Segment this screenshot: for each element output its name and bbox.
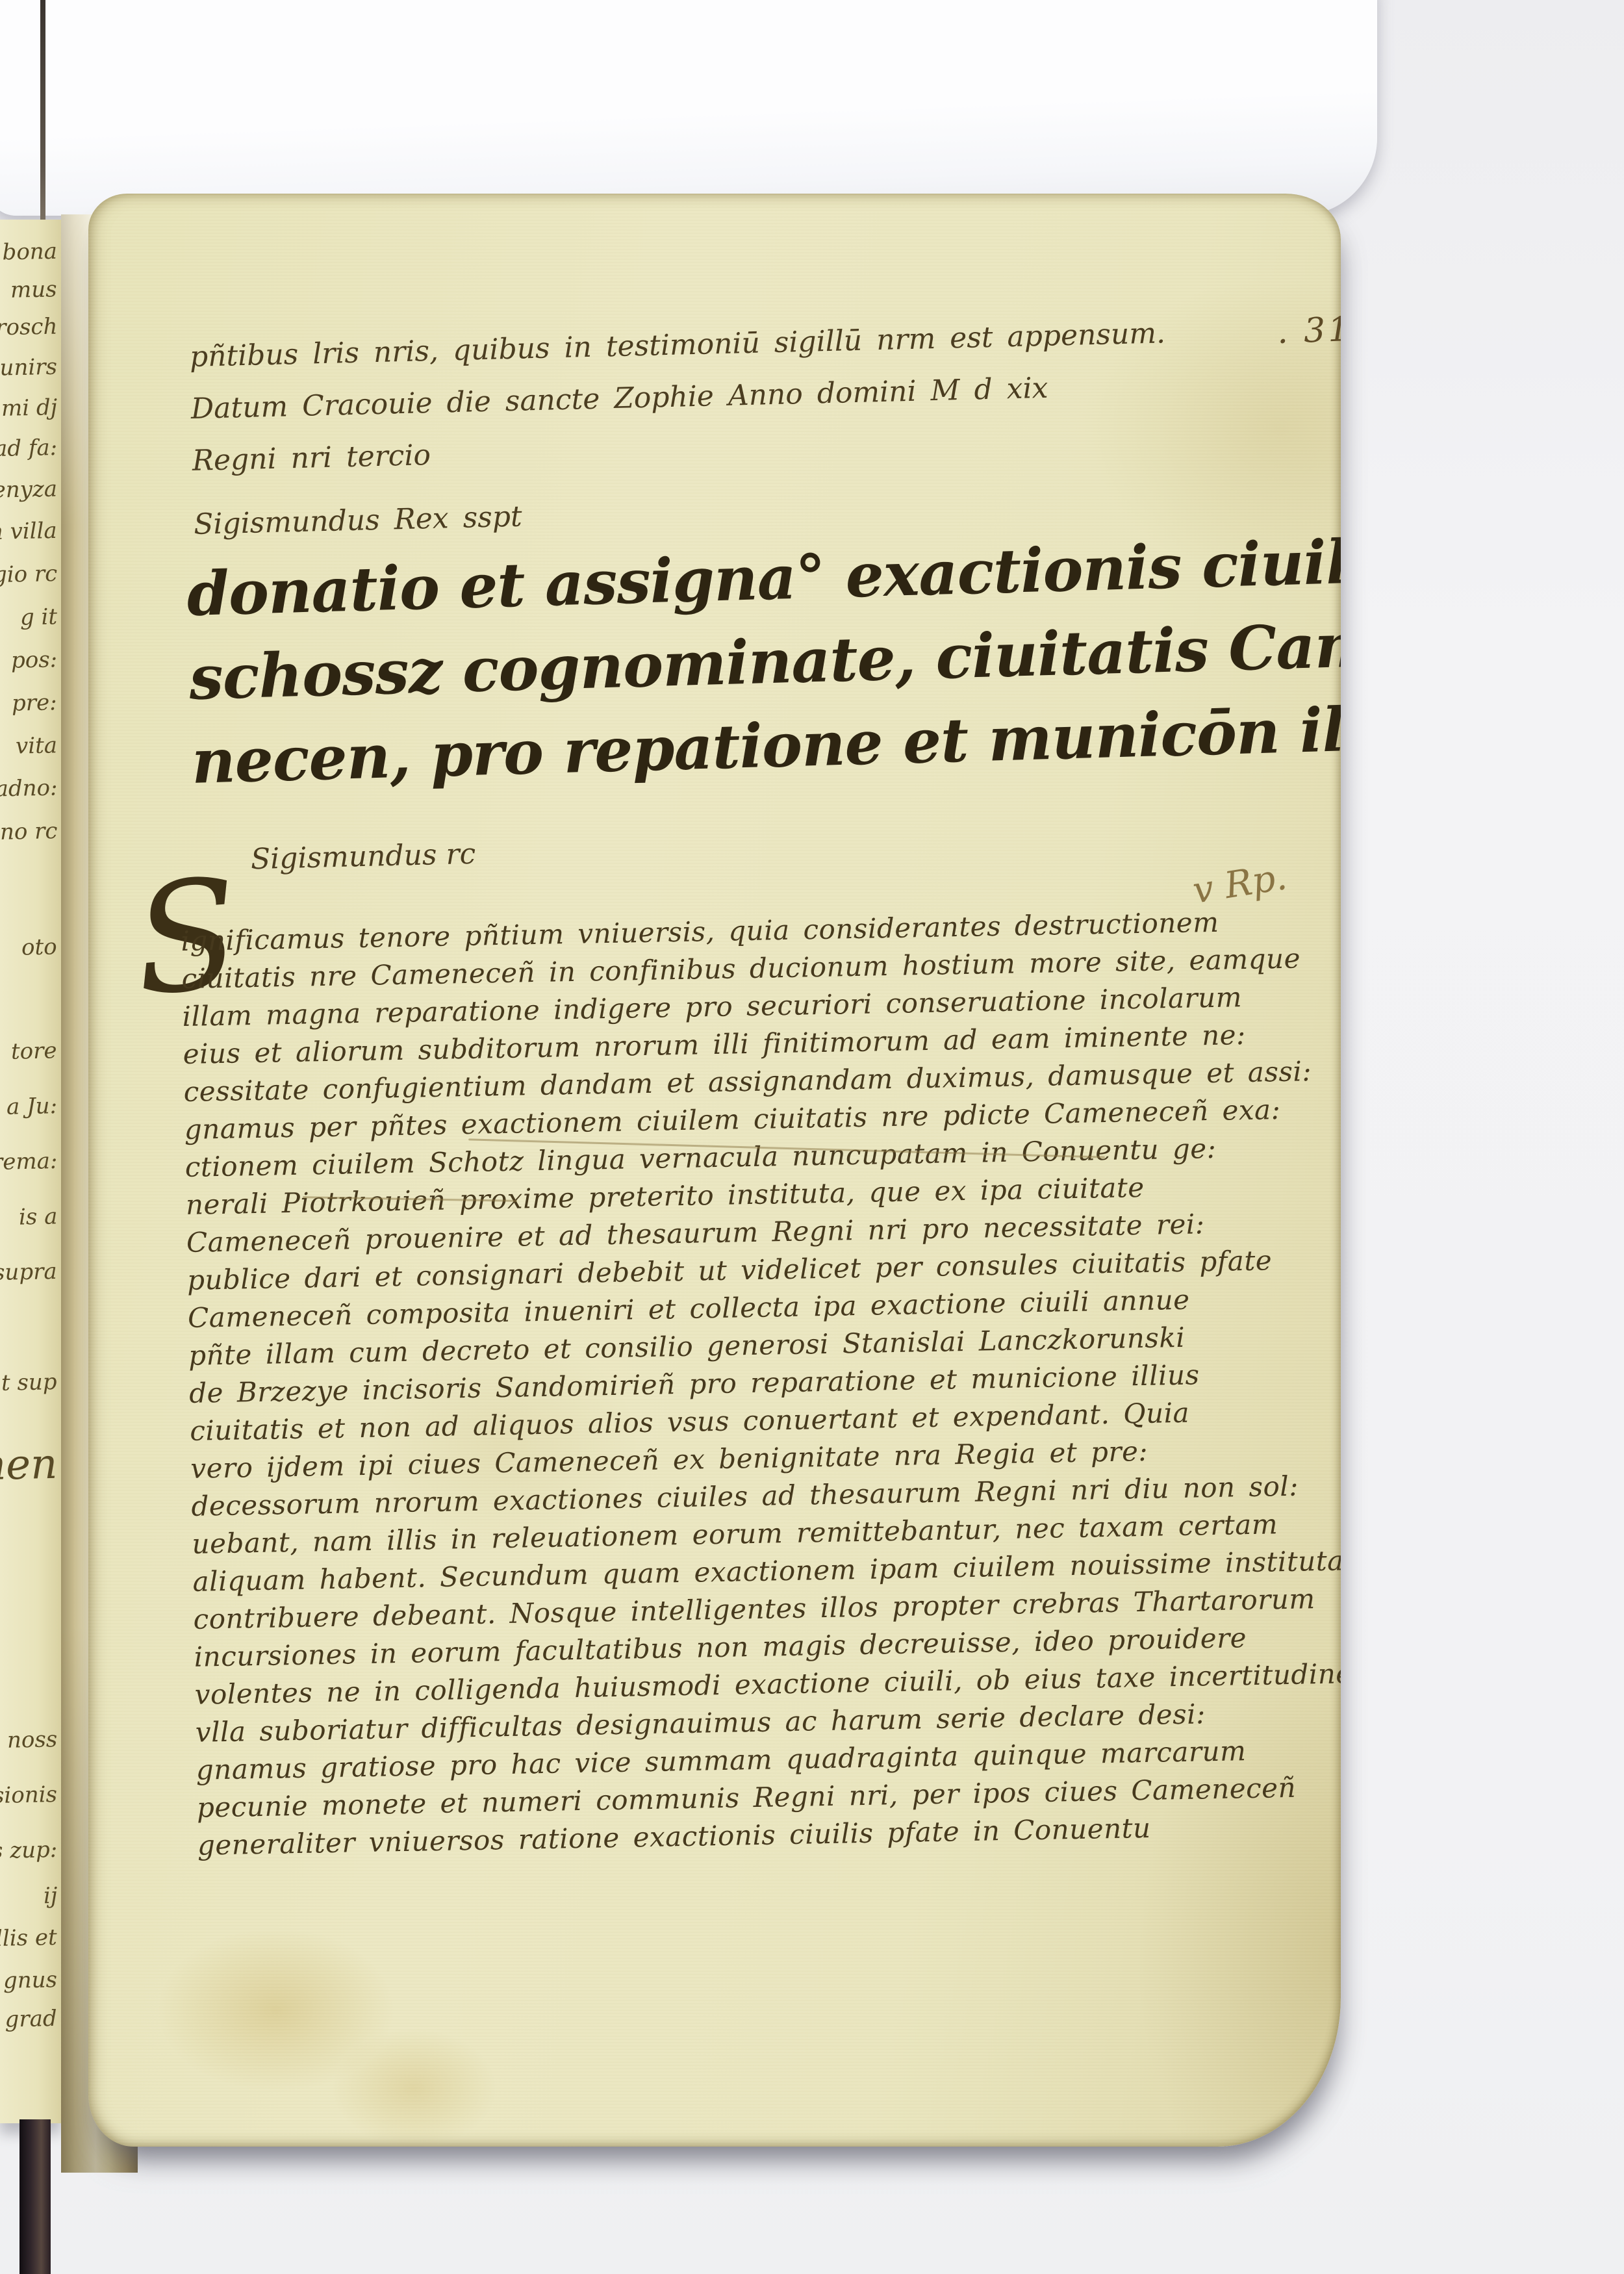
manuscript-photo: g bonamusry roschseunirsmi djad fa:syeny… <box>0 0 1624 2274</box>
facing-page-text-fragment: t sup <box>1 1369 57 1396</box>
facing-page-text-fragment: ry rosch <box>0 314 57 342</box>
facing-page-text-fragment: a Ju: <box>6 1093 58 1120</box>
facing-page-text-fragment: pos: <box>10 646 57 673</box>
facing-page-text-fragment: g it <box>19 604 57 630</box>
facing-page-text-fragment: et adno: <box>0 775 57 803</box>
folio-number: . 310. <box>1276 309 1341 351</box>
facing-page-text-fragment: no rc <box>0 818 57 845</box>
facing-page-text-fragment: in villa <box>0 518 57 545</box>
body-header: Sigismundus rc <box>250 837 476 876</box>
facing-page-edge: g bonamusry roschseunirsmi djad fa:syeny… <box>0 220 61 2123</box>
facing-page-text-fragment: mi dj <box>1 394 57 422</box>
facing-page-text-fragment: s zup: <box>0 1837 57 1864</box>
facing-page-text-fragment: sionis <box>0 1782 57 1809</box>
facing-page-text-fragment: rema: <box>0 1148 57 1175</box>
facing-page-text-fragment: mus <box>10 276 57 303</box>
closing-passage: pñtibus lris nris, quibus in testimoniū … <box>189 307 1170 551</box>
facing-page-text-fragment: vita <box>16 732 58 759</box>
facing-page-text-fragment: ad fa: <box>0 435 57 462</box>
facing-page-text-fragment: oto <box>21 934 57 960</box>
facing-page-text-fragment: noss <box>6 1726 57 1754</box>
facing-page-text-fragment: supra <box>0 1258 57 1286</box>
interleaf-sheet <box>0 0 1377 216</box>
facing-page-text-fragment: pre: <box>12 689 57 716</box>
facing-page-text-fragment: llis et <box>0 1924 57 1952</box>
binding-edge <box>19 2119 51 2274</box>
body-text: ignificamus tenore pñtium vniuersis, qui… <box>181 902 1289 1865</box>
facing-page-text-fragment: seunirs <box>0 354 57 382</box>
facing-page-text-fragment: g bona <box>0 238 57 266</box>
facing-page-text-fragment: syenyza <box>0 476 57 504</box>
facing-page-text-fragment: gio rc <box>0 561 57 588</box>
facing-page-text-fragment: nen <box>0 1440 58 1490</box>
facing-page-text-fragment: gnus <box>3 1967 58 1994</box>
entry-heading: donatio et assigna° exactionis ciuil' sc… <box>186 517 1341 804</box>
facing-page-text-fragment: tore <box>11 1038 57 1064</box>
facing-page-text-fragment: d grad <box>0 2006 57 2033</box>
facing-page-text-fragment: ij <box>43 1883 57 1909</box>
manuscript-page: . 310. pñtibus lris nris, quibus in test… <box>88 194 1341 2147</box>
facing-page-text-fragment: is a <box>18 1203 57 1230</box>
